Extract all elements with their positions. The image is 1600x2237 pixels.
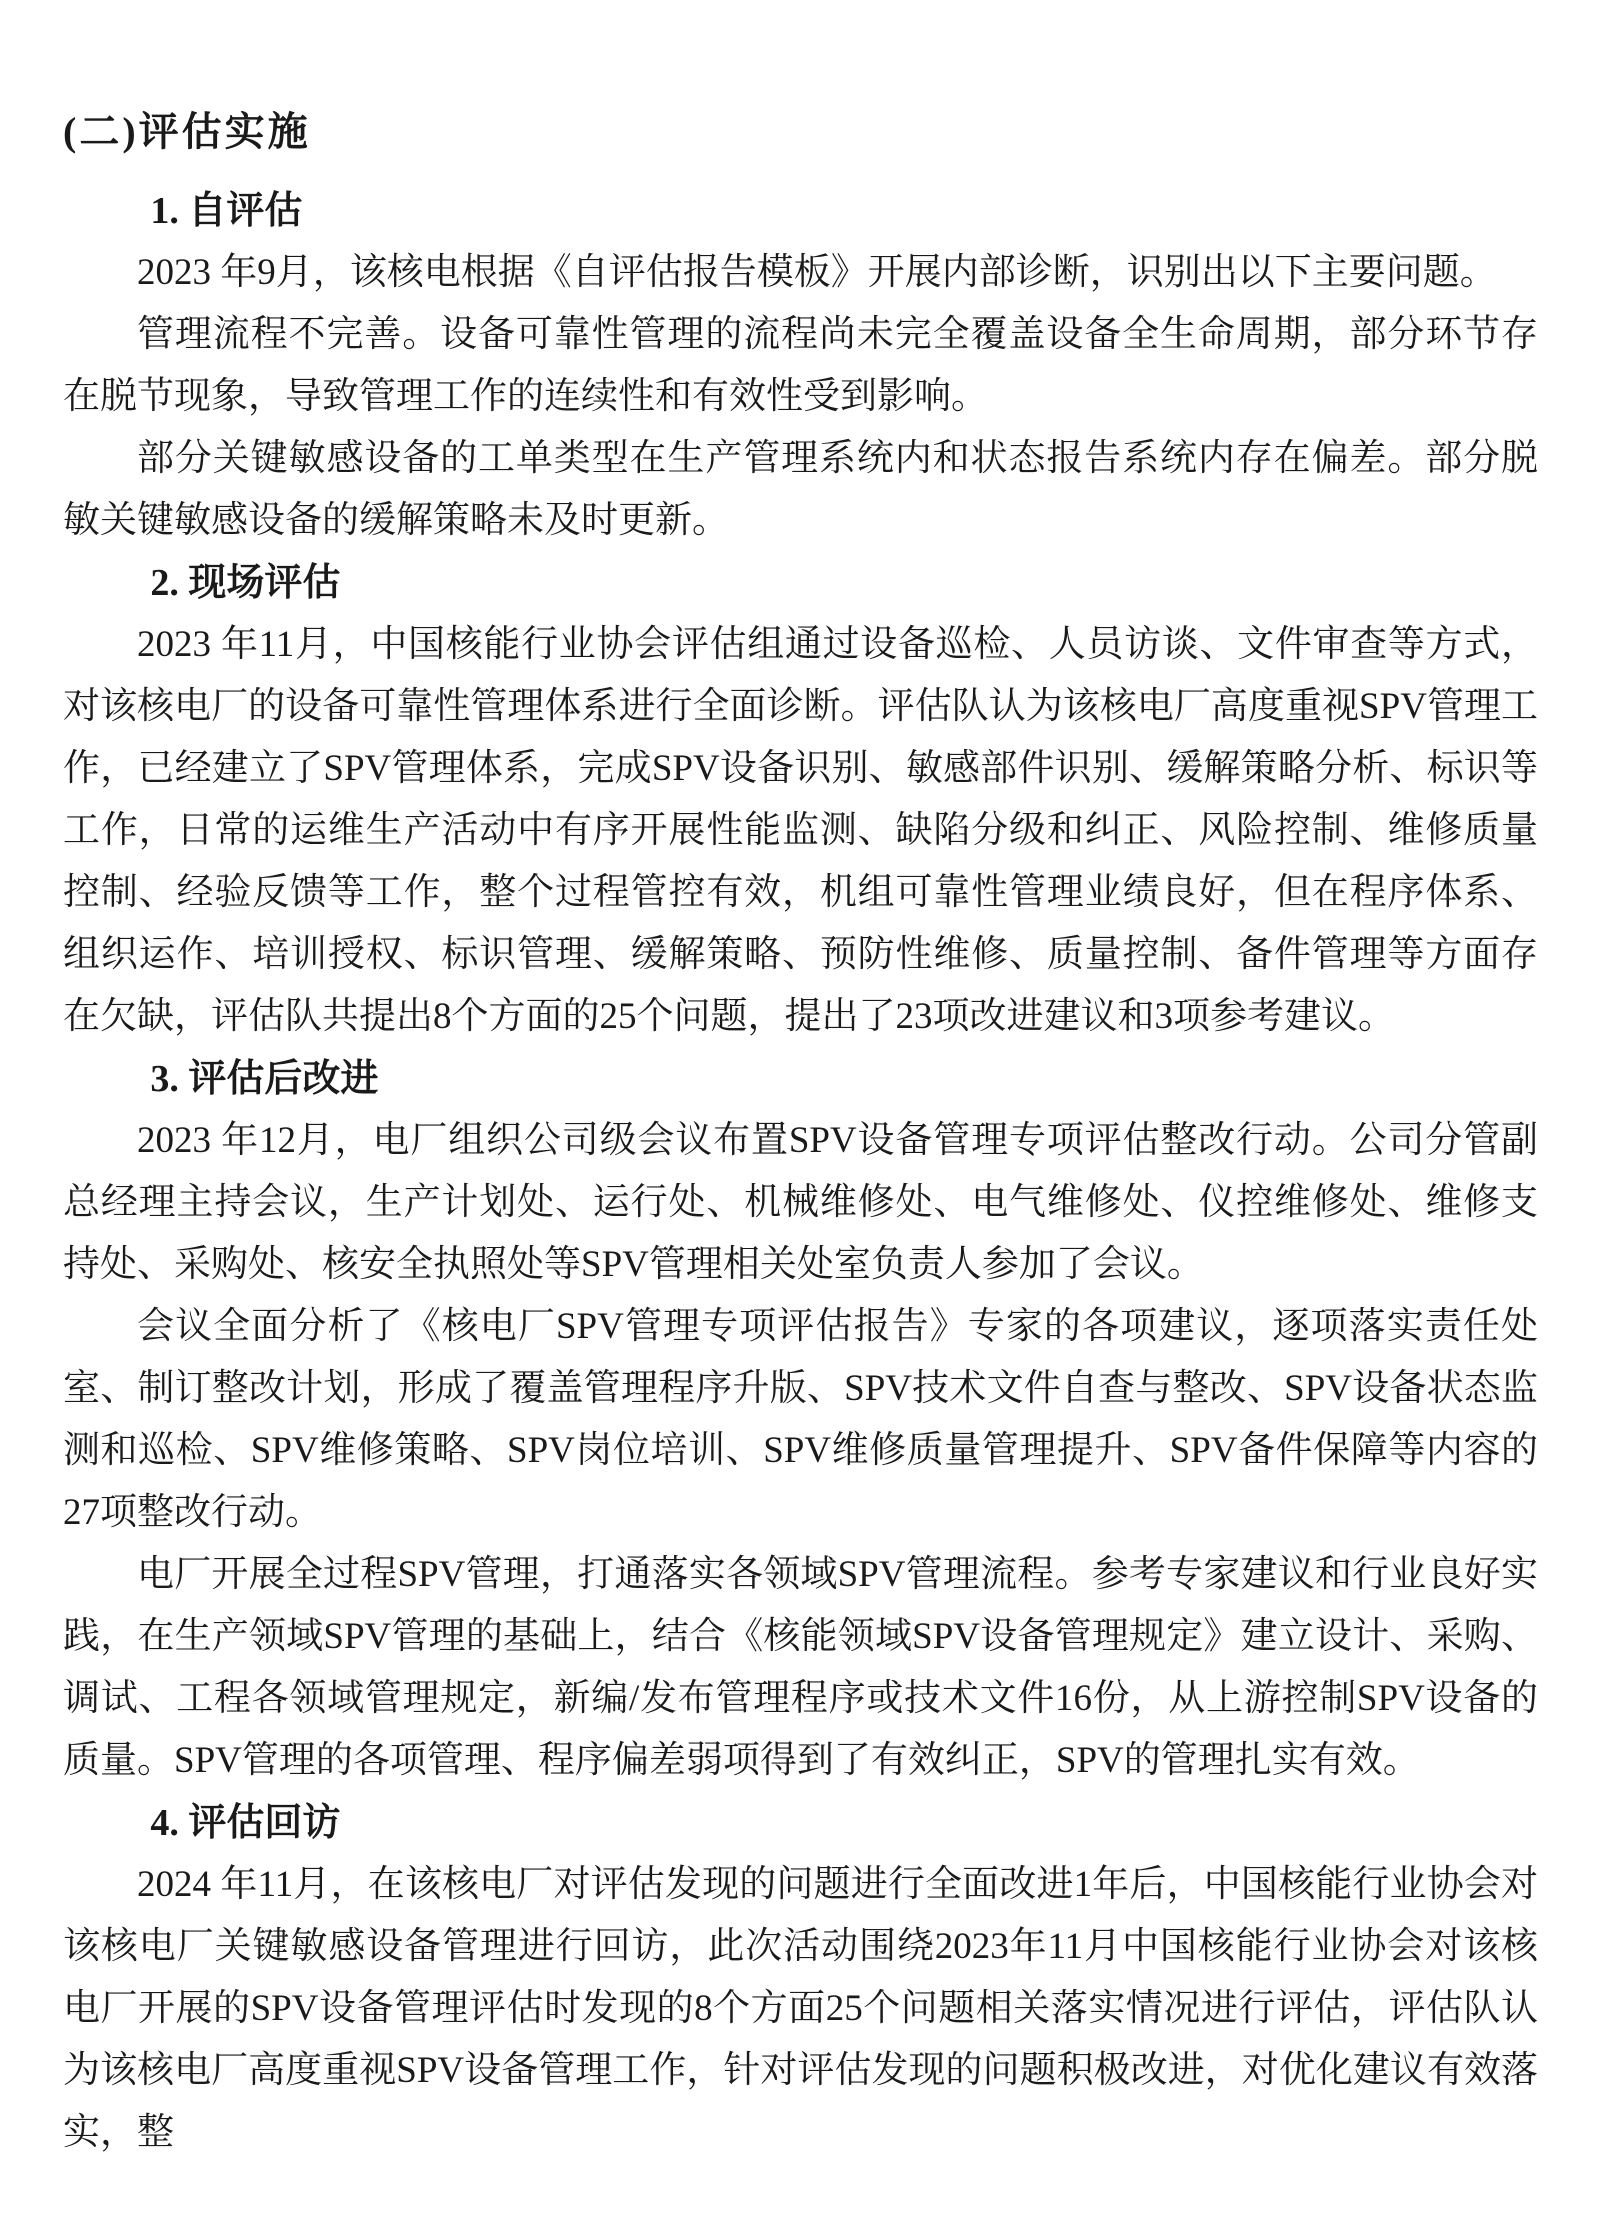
paragraph-onsite-assessment: 2023 年11月，中国核能行业协会评估组通过设备巡检、人员访谈、文件审查等方式… xyxy=(63,614,1538,1048)
document-page: (二)评估实施 1. 自评估 2023 年9月，该核电根据《自评估报告模板》开展… xyxy=(0,0,1600,2237)
paragraph-improvement-full-process: 电厂开展全过程SPV管理，打通落实各领域SPV管理流程。参考专家建议和行业良好实… xyxy=(63,1544,1538,1792)
subheading-post-assessment-improvement: 3. 评估后改进 xyxy=(63,1048,1538,1110)
paragraph-self-assessment-issue-1: 管理流程不完善。设备可靠性管理的流程尚未完全覆盖设备全生命周期，部分环节存在脱节… xyxy=(63,304,1538,428)
paragraph-assessment-revisit: 2024 年11月，在该核电厂对评估发现的问题进行全面改进1年后，中国核能行业协… xyxy=(63,1854,1538,2164)
paragraph-improvement-actions: 会议全面分析了《核电厂SPV管理专项评估报告》专家的各项建议，逐项落实责任处室、… xyxy=(63,1296,1538,1544)
subheading-self-assessment: 1. 自评估 xyxy=(63,180,1538,242)
subheading-onsite-assessment: 2. 现场评估 xyxy=(63,552,1538,614)
paragraph-self-assessment-issue-2: 部分关键敏感设备的工单类型在生产管理系统内和状态报告系统内存在偏差。部分脱敏关键… xyxy=(63,428,1538,552)
paragraph-improvement-meeting: 2023 年12月，电厂组织公司级会议布置SPV设备管理专项评估整改行动。公司分… xyxy=(63,1110,1538,1296)
paragraph-self-assessment-intro: 2023 年9月，该核电根据《自评估报告模板》开展内部诊断，识别出以下主要问题。 xyxy=(63,242,1538,304)
section-heading: (二)评估实施 xyxy=(63,100,1538,164)
subheading-assessment-revisit: 4. 评估回访 xyxy=(63,1792,1538,1854)
